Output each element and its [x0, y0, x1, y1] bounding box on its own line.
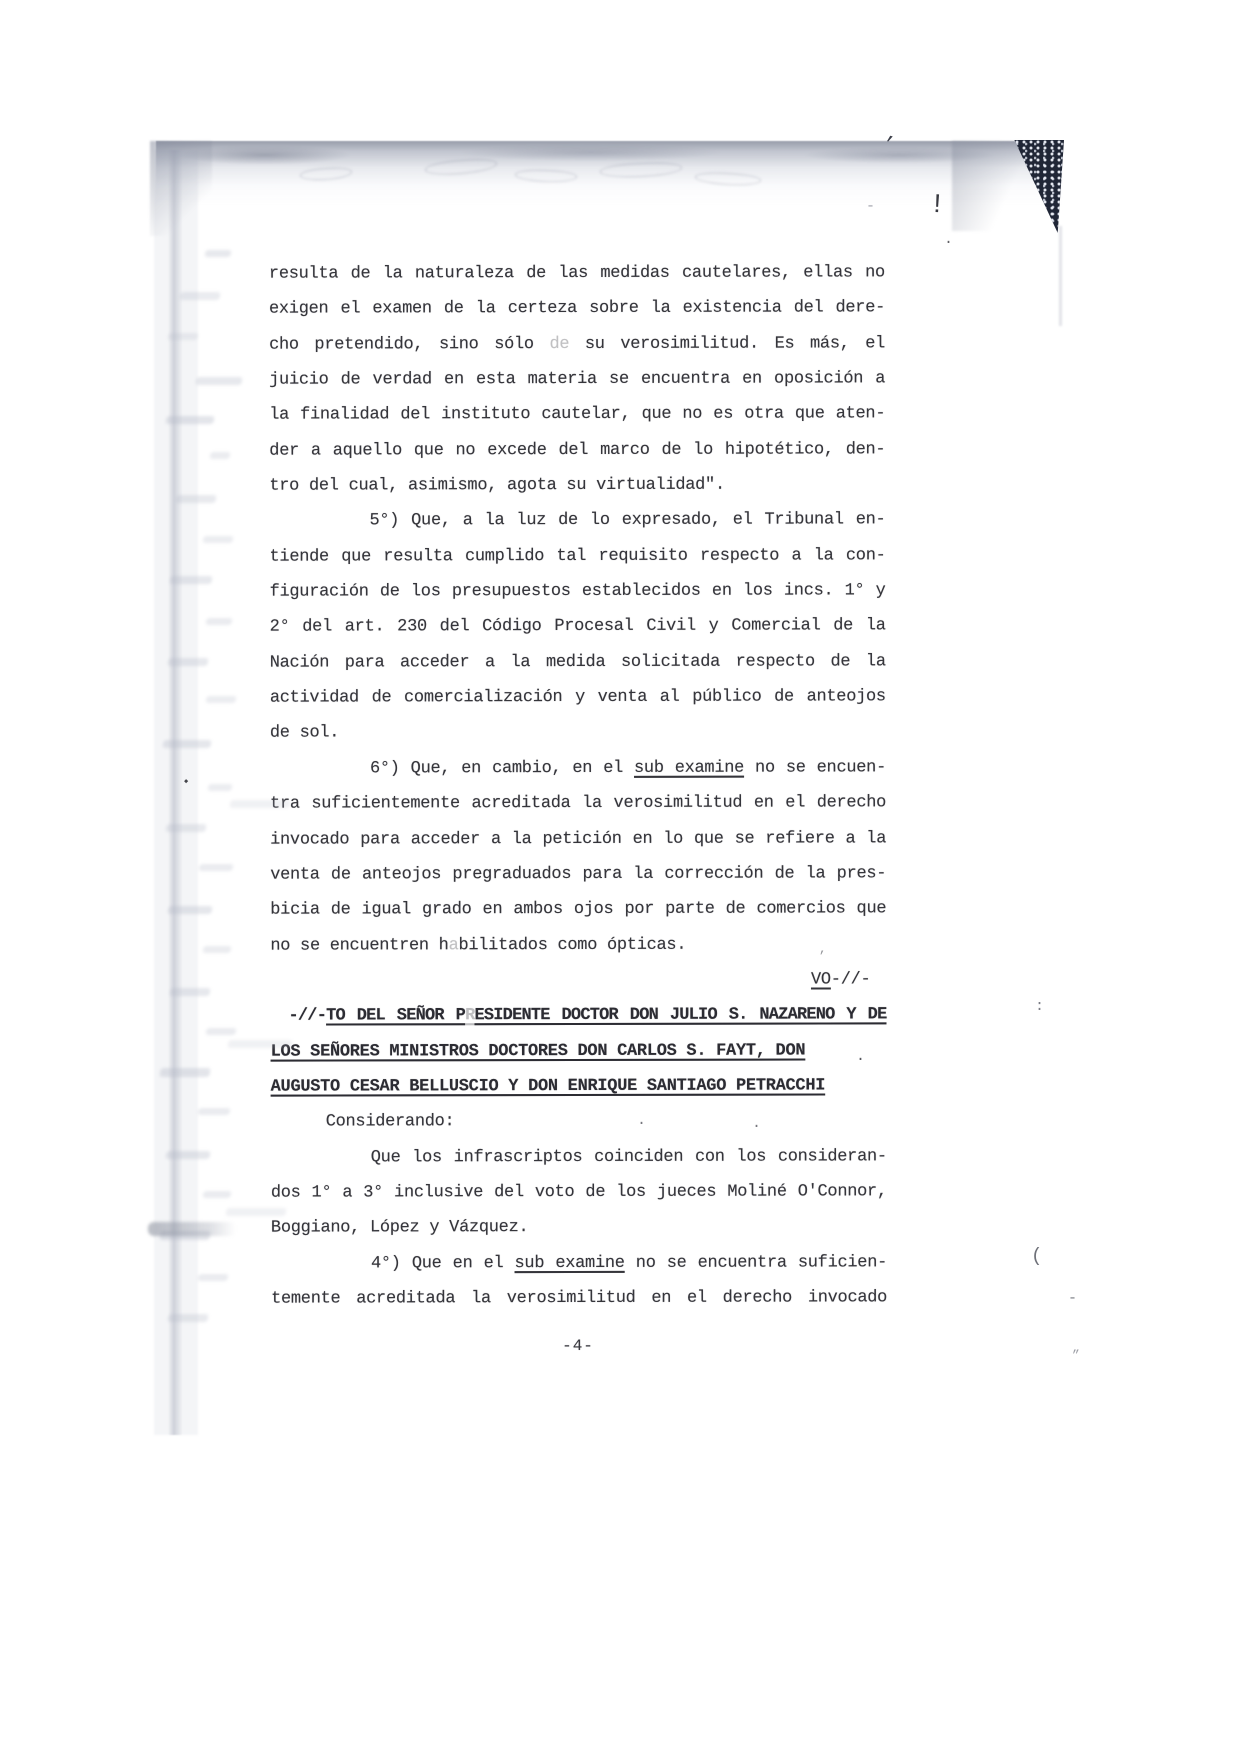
ghost-blob	[167, 1314, 208, 1322]
page-number: -4-	[270, 1337, 886, 1355]
text-line: VO-//-	[270, 962, 886, 999]
ghost-blob	[206, 1028, 237, 1035]
ghost-blob	[169, 988, 210, 996]
text-line: 4°) Que en el sub examine no se encuentr…	[271, 1245, 887, 1282]
text-line: Considerando:	[271, 1104, 887, 1141]
stray-ink-mark: ”	[1072, 1349, 1080, 1362]
ghost-blob	[165, 416, 214, 424]
ghost-squiggle	[300, 167, 353, 182]
text-line: de sol.	[270, 715, 886, 752]
text-line: exigen el examen de la certeza sobre la …	[269, 291, 885, 328]
ghost-blob	[169, 576, 212, 584]
stray-ink-mark: ’	[880, 135, 897, 157]
scan-left-edge-band	[154, 150, 198, 1435]
ghost-blob	[179, 292, 220, 300]
text-line: figuración de los presupuestos estableci…	[270, 573, 886, 610]
text-line: Boggiano, López y Vázquez.	[271, 1210, 887, 1247]
text-line: dos 1° a 3° inclusive del voto de los ju…	[271, 1174, 887, 1211]
ghost-blob	[162, 740, 211, 748]
stray-ink-mark: !	[928, 193, 946, 221]
text-line: 5°) Que, a la luz de lo expresado, el Tr…	[269, 503, 885, 540]
bottom-left-smudge	[148, 1222, 236, 1236]
text-line: cho pretendido, sino sólo de su verosimi…	[269, 326, 885, 363]
ghost-blob	[165, 1151, 210, 1159]
text-line: resulta de la naturaleza de las medidas …	[269, 255, 885, 292]
text-line: la finalidad del instituto cautelar, que…	[269, 397, 885, 434]
text-line: tra suficientemente acreditada la verosi…	[270, 786, 886, 823]
ghost-blob	[195, 377, 242, 385]
stray-ink-mark: (	[1031, 1247, 1042, 1266]
ghost-blob	[198, 1274, 229, 1281]
text-line: tro del cual, asimismo, agota su virtual…	[269, 467, 885, 504]
text-line: Nación para acceder a la medida solicita…	[270, 644, 886, 681]
ghost-squiggle	[425, 158, 498, 177]
text-line: no se encuentren habilitados como óptica…	[270, 927, 886, 964]
stray-ink-mark: :	[1035, 999, 1044, 1014]
typewritten-text-block: resulta de la naturaleza de las medidas …	[269, 255, 887, 1317]
text-line: bicia de igual grado en ambos ojos por p…	[270, 892, 886, 929]
scan-top-left-shade	[150, 141, 212, 236]
ghost-blob	[203, 536, 234, 543]
text-line: Que los infrascriptos coinciden con los …	[271, 1139, 887, 1176]
text-line: der a aquello que no excede del marco de…	[269, 432, 885, 469]
text-line: tiende que resulta cumplido tal requisit…	[269, 538, 885, 575]
ghost-blob	[159, 1231, 210, 1240]
ghost-blob	[203, 946, 232, 953]
ghost-blob	[168, 333, 199, 340]
text-line: -//-TO DEL SEÑOR PRESIDENTE DOCTOR DON J…	[270, 998, 886, 1035]
text-line: LOS SEÑORES MINISTROS DOCTORES DON CARLO…	[271, 1033, 887, 1070]
stray-ink-mark: .	[944, 232, 953, 247]
ghost-blob	[208, 784, 233, 791]
text-line: temente acreditada la verosimilitud en e…	[271, 1280, 887, 1317]
corner-fold-shadow	[952, 141, 1030, 231]
ghost-blob	[167, 906, 212, 914]
corner-fold-mark	[1007, 140, 1064, 233]
text-line: 2° del art. 230 del Código Procesal Civi…	[270, 609, 886, 646]
ghost-squiggle	[515, 168, 578, 183]
ghost-blob	[199, 864, 234, 871]
ghost-squiggle	[600, 162, 682, 179]
ghost-blob	[206, 618, 233, 625]
ghost-squiggle	[695, 171, 762, 188]
ghost-blob	[198, 1108, 231, 1115]
scan-right-edge	[1059, 226, 1062, 326]
text-line: venta de anteojos pregraduados para la c…	[270, 856, 886, 893]
scan-top-edge-band	[156, 141, 1062, 205]
ghost-blob	[159, 1068, 210, 1077]
text-line: actividad de comercialización y venta al…	[270, 679, 886, 716]
text-line: 6°) Que, en cambio, en el sub examine no…	[270, 750, 886, 787]
ghost-blob	[165, 824, 206, 832]
ghost-blob	[203, 1191, 232, 1198]
scanned-document-page: resulta de la naturaleza de las medidas …	[0, 0, 1240, 1754]
ghost-blob	[175, 495, 216, 503]
ghost-blob	[205, 250, 232, 257]
stray-ink-mark: -	[866, 199, 875, 214]
text-line: invocado para acceder a la petición en l…	[270, 821, 886, 858]
text-line: juicio de verdad en esta materia se encu…	[269, 361, 885, 398]
stray-ink-mark: ◆	[184, 779, 188, 786]
stray-ink-mark: -	[1068, 1291, 1077, 1306]
text-line: AUGUSTO CESAR BELLUSCIO Y DON ENRIQUE SA…	[271, 1068, 887, 1105]
scan-left-edge-streak	[168, 150, 182, 1435]
ghost-blob	[206, 696, 237, 703]
ghost-blob	[167, 658, 208, 666]
ghost-blob	[210, 452, 231, 459]
